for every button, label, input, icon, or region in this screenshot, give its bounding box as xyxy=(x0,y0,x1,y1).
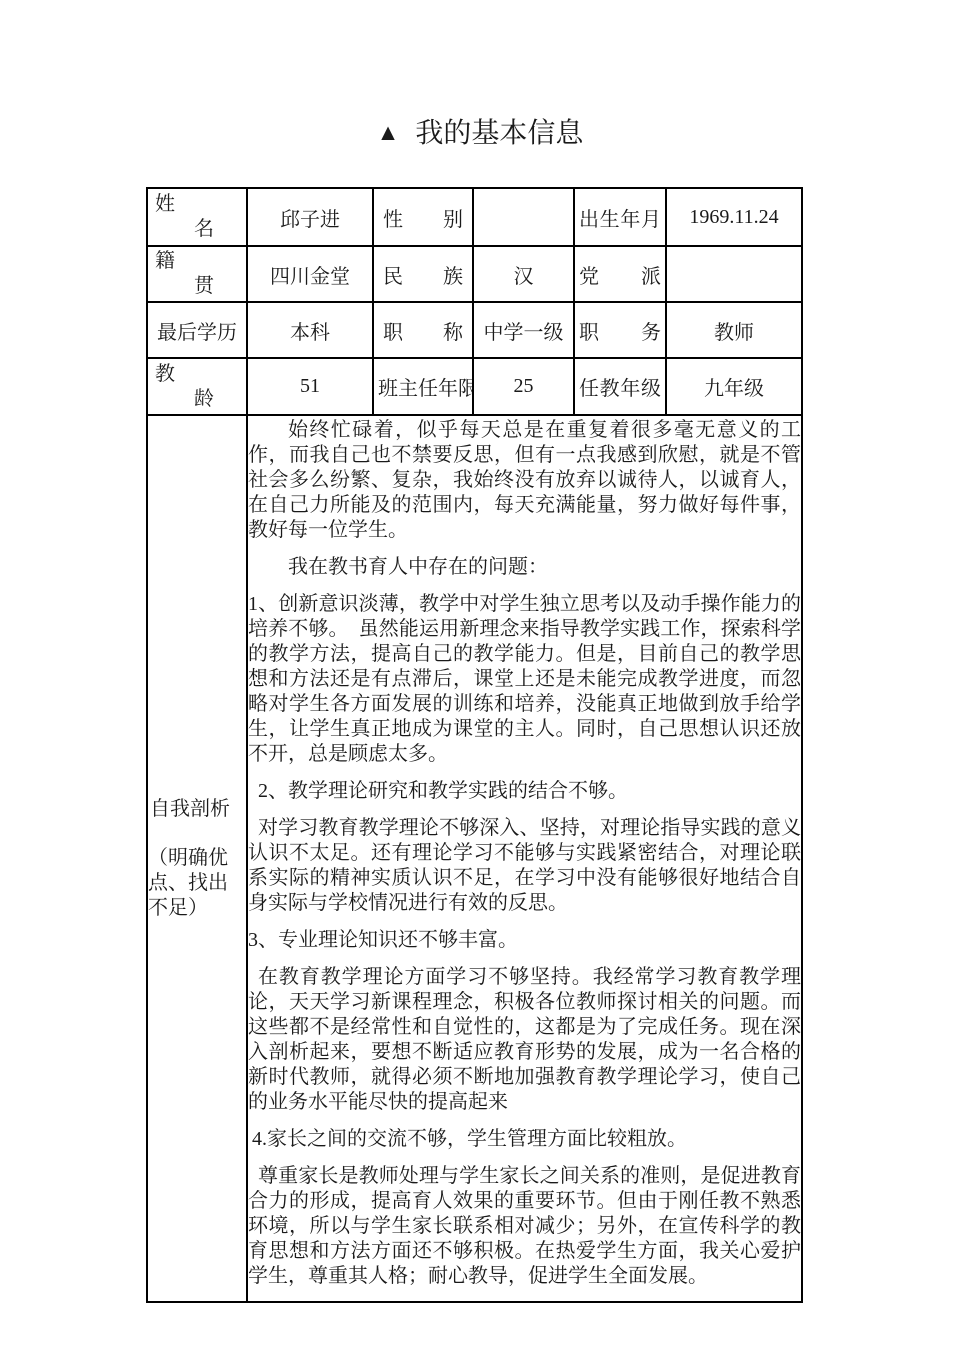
self-analysis-paragraph: 4.家长之间的交流不够，学生管理方面比较粗放。 xyxy=(248,1127,801,1152)
name-label-line1: 姓 xyxy=(148,192,246,217)
table-row: 姓 名 邱子进 性别 出生年月 1969.11.24 xyxy=(147,188,802,246)
prof-title-value: 中学一级 xyxy=(473,302,574,358)
label-char: 出 xyxy=(579,203,599,232)
label-char: 党 xyxy=(579,260,599,289)
label-char: 级 xyxy=(641,372,661,401)
table-row: 教 龄 51 班主任年限 25 任教年级 九年级 xyxy=(147,358,802,415)
ethnicity-label-cell: 民族 xyxy=(373,246,473,302)
label-char: 民 xyxy=(383,260,403,289)
party-value xyxy=(666,246,802,302)
teaching-years-label-line1: 教 xyxy=(148,362,246,387)
label-char: 别 xyxy=(443,203,463,232)
origin-label-line1: 籍 xyxy=(148,249,246,274)
teaching-years-label-cell: 教 龄 xyxy=(147,358,247,415)
self-analysis-paragraph: 尊重家长是教师处理与学生家长之间关系的准则，是促进教育合力的形成，提高育人效果的… xyxy=(248,1164,801,1289)
origin-value: 四川金堂 xyxy=(247,246,373,302)
table-row: 最后学历 本科 职称 中学一级 职务 教师 xyxy=(147,302,802,358)
label-char: 最 xyxy=(157,316,177,345)
label-char: 职 xyxy=(579,316,599,345)
teaching-grade-label-cell: 任教年级 xyxy=(574,358,666,415)
self-analysis-paragraph: 始终忙碌着，似乎每天总是在重复着很多毫无意义的工作，而我自己也不禁要反思，但有一… xyxy=(248,418,801,543)
label-char: 学 xyxy=(197,316,217,345)
label-char: 主 xyxy=(398,372,418,401)
label-char: 生 xyxy=(600,203,620,232)
duty-value: 教师 xyxy=(666,302,802,358)
document-page: ▲我的基本信息 姓 名 邱子进 性别 出生年月 1969.11.24 籍 贯 四… xyxy=(0,0,960,1357)
label-char: 称 xyxy=(443,316,463,345)
table-row: 自我剖析 （明确优点、找出不足） 始终忙碌着，似乎每天总是在重复着很多毫无意义的… xyxy=(147,415,802,1302)
class-teacher-years-label-cell: 班主任年限 xyxy=(373,358,473,415)
label-char: 历 xyxy=(217,316,237,345)
self-analysis-label-cell: 自我剖析 （明确优点、找出不足） xyxy=(147,415,247,1302)
label-char: 性 xyxy=(383,203,403,232)
page-title: ▲我的基本信息 xyxy=(0,0,960,157)
origin-label-cell: 籍 贯 xyxy=(147,246,247,302)
duty-label-cell: 职务 xyxy=(574,302,666,358)
label-char: 任 xyxy=(579,372,599,401)
label-char: 班 xyxy=(378,372,398,401)
gender-label-cell: 性别 xyxy=(373,188,473,246)
label-char: 职 xyxy=(383,316,403,345)
self-analysis-paragraph: 对学习教育教学理论不够深入、坚持，对理论指导实践的意义认识不太足。还有理论学习不… xyxy=(248,816,801,916)
table-row: 籍 贯 四川金堂 民族 汉 党派 xyxy=(147,246,802,302)
label-char: 限 xyxy=(458,372,473,401)
label-char: 年 xyxy=(620,203,640,232)
self-analysis-label-note: （明确优点、找出不足） xyxy=(148,846,246,921)
label-char: 族 xyxy=(443,260,463,289)
label-char: 派 xyxy=(641,260,661,289)
name-label-cell: 姓 名 xyxy=(147,188,247,246)
education-value: 本科 xyxy=(247,302,373,358)
label-char: 后 xyxy=(177,316,197,345)
class-teacher-years-value: 25 xyxy=(473,358,574,415)
label-char: 务 xyxy=(641,316,661,345)
self-analysis-text-cell: 始终忙碌着，似乎每天总是在重复着很多毫无意义的工作，而我自己也不禁要反思，但有一… xyxy=(247,415,802,1302)
teaching-years-label-line2: 龄 xyxy=(148,387,246,412)
birthdate-label-cell: 出生年月 xyxy=(574,188,666,246)
gender-value xyxy=(473,188,574,246)
education-label-cell: 最后学历 xyxy=(147,302,247,358)
label-char: 月 xyxy=(641,203,661,232)
self-analysis-paragraph: 1、创新意识淡薄，教学中对学生独立思考以及动手操作能力的培养不够。 虽然能运用新… xyxy=(248,592,801,767)
teaching-grade-value: 九年级 xyxy=(666,358,802,415)
label-char: 任 xyxy=(418,372,438,401)
prof-title-label-cell: 职称 xyxy=(373,302,473,358)
teaching-years-value: 51 xyxy=(247,358,373,415)
triangle-bullet-icon: ▲ xyxy=(377,120,400,145)
label-char: 年 xyxy=(620,372,640,401)
label-char: 年 xyxy=(438,372,458,401)
label-char: 教 xyxy=(600,372,620,401)
page-title-text: 我的基本信息 xyxy=(415,118,583,149)
name-value: 邱子进 xyxy=(247,188,373,246)
party-label-cell: 党派 xyxy=(574,246,666,302)
self-analysis-paragraph: 3、专业理论知识还不够丰富。 xyxy=(248,928,801,953)
self-analysis-paragraph: 在教育教学理论方面学习不够坚持。我经常学习教育教学理论，天天学习新课程理念，积极… xyxy=(248,965,801,1115)
basic-info-table: 姓 名 邱子进 性别 出生年月 1969.11.24 籍 贯 四川金堂 民族 汉… xyxy=(146,187,803,1303)
self-analysis-paragraph: 2、教学理论研究和教学实践的结合不够。 xyxy=(248,779,801,804)
ethnicity-value: 汉 xyxy=(473,246,574,302)
self-analysis-paragraph: 我在教书育人中存在的问题： xyxy=(248,555,801,580)
self-analysis-label-title: 自我剖析 xyxy=(148,797,246,822)
origin-label-line2: 贯 xyxy=(148,274,246,299)
name-label-line2: 名 xyxy=(148,217,246,242)
birthdate-value: 1969.11.24 xyxy=(666,188,802,246)
